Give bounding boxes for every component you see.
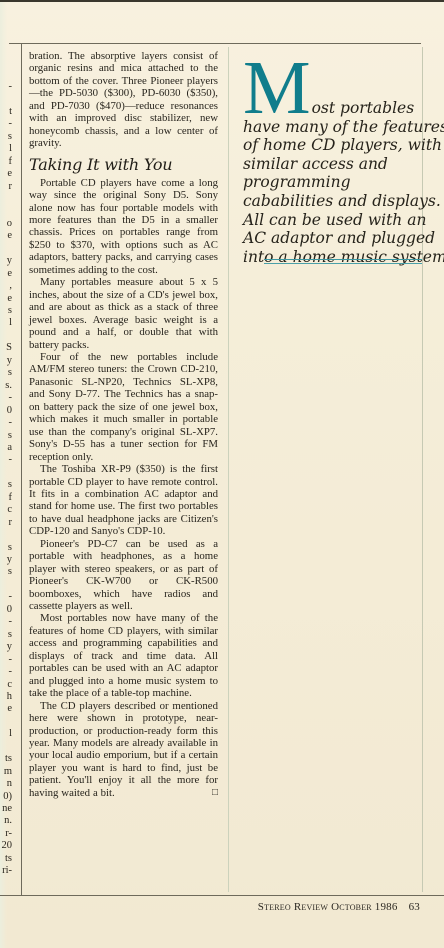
margin-fragment: r bbox=[0, 517, 12, 529]
pull-quote: Most portableshave many of the featureso… bbox=[243, 48, 425, 266]
middle-column-rule bbox=[228, 47, 229, 892]
article-paragraph: Four of the new portables include AM/FM … bbox=[29, 351, 218, 463]
pull-quote-line: similar access and bbox=[243, 155, 425, 174]
margin-fragment: - bbox=[0, 81, 12, 93]
margin-fragment: y bbox=[0, 554, 12, 566]
pull-quote-underline bbox=[264, 259, 422, 264]
left-column-rule bbox=[21, 43, 22, 896]
margin-fragment: - bbox=[0, 616, 12, 628]
margin-fragment: s bbox=[0, 566, 12, 578]
margin-fragment: y bbox=[0, 255, 12, 267]
margin-fragment: f bbox=[0, 156, 12, 168]
pull-quote-line: AC adaptor and plugged bbox=[243, 229, 425, 248]
margin-fragment: f bbox=[0, 492, 12, 504]
margin-fragment: ne bbox=[0, 803, 12, 815]
margin-fragment: n. bbox=[0, 815, 12, 827]
margin-fragment: s. bbox=[0, 380, 12, 392]
margin-fragment: 0 bbox=[0, 604, 12, 616]
magazine-page-scan: -t-slferoeye,eslSyss.-0-sa-sfcrsys-0-sy-… bbox=[0, 0, 444, 948]
margin-fragment: y bbox=[0, 355, 12, 367]
margin-fragment: l bbox=[0, 143, 12, 155]
margin-fragment: t bbox=[0, 106, 12, 118]
article-paragraph: The CD players described or mentioned he… bbox=[29, 700, 218, 800]
article-text-column: bration. The absorptive layers consist o… bbox=[29, 50, 218, 799]
margin-fragment: e bbox=[0, 168, 12, 180]
margin-fragment: - bbox=[0, 591, 12, 603]
margin-fragment: - bbox=[0, 666, 12, 678]
margin-fragment: n bbox=[0, 778, 12, 790]
margin-fragment: s bbox=[0, 479, 12, 491]
margin-fragment: s bbox=[0, 131, 12, 143]
margin-fragment: h bbox=[0, 691, 12, 703]
pull-quote-column: Most portableshave many of the featureso… bbox=[243, 48, 425, 266]
margin-fragment: e bbox=[0, 230, 12, 242]
margin-fragment: - bbox=[0, 454, 12, 466]
margin-fragment: s bbox=[0, 305, 12, 317]
page-top-edge-line bbox=[0, 0, 444, 2]
pull-quote-line: cababilities and displays. bbox=[243, 192, 425, 211]
margin-fragment: ts bbox=[0, 853, 12, 865]
margin-fragment: l bbox=[0, 317, 12, 329]
margin-fragment: , bbox=[0, 280, 12, 292]
margin-fragment: ri- bbox=[0, 865, 12, 877]
margin-fragment: 20 bbox=[0, 840, 12, 852]
margin-fragment: o bbox=[0, 218, 12, 230]
pull-quote-line: programming bbox=[243, 173, 425, 192]
page-number: 63 bbox=[409, 901, 420, 913]
top-horizontal-rule bbox=[9, 43, 421, 44]
margin-fragment: r- bbox=[0, 828, 12, 840]
margin-fragment: 0) bbox=[0, 791, 12, 803]
margin-fragment: - bbox=[0, 392, 12, 404]
article-paragraphs: Portable CD players have come a long way… bbox=[29, 177, 218, 800]
pull-quote-line: of home CD players, with bbox=[243, 136, 425, 155]
pull-quote-line: have many of the features bbox=[243, 118, 425, 137]
article-paragraph: Most portables now have many of the feat… bbox=[29, 612, 218, 699]
margin-fragment: s bbox=[0, 367, 12, 379]
article-paragraph: Many portables measure about 5 x 5 inche… bbox=[29, 276, 218, 351]
margin-fragment: y bbox=[0, 641, 12, 653]
margin-fragment: c bbox=[0, 504, 12, 516]
margin-fragment: a bbox=[0, 442, 12, 454]
margin-fragment: 0 bbox=[0, 405, 12, 417]
margin-fragment: - bbox=[0, 654, 12, 666]
footer-rule bbox=[0, 895, 444, 896]
margin-fragment: r bbox=[0, 181, 12, 193]
margin-fragment: s bbox=[0, 430, 12, 442]
magazine-title-footer: Stereo Review October 1986 bbox=[258, 901, 398, 913]
margin-fragment: m bbox=[0, 766, 12, 778]
margin-fragment: e bbox=[0, 703, 12, 715]
margin-fragment: l bbox=[0, 728, 12, 740]
margin-fragment: e bbox=[0, 268, 12, 280]
article-paragraph: Pioneer's PD-C7 can be used as a portabl… bbox=[29, 538, 218, 613]
end-of-article-mark: □ bbox=[198, 787, 218, 799]
section-heading: Taking It with You bbox=[29, 156, 218, 173]
margin-fragment: s bbox=[0, 629, 12, 641]
margin-fragment: c bbox=[0, 679, 12, 691]
margin-fragment: - bbox=[0, 118, 12, 130]
margin-fragment: s bbox=[0, 542, 12, 554]
pull-quote-line: All can be used with an bbox=[243, 211, 425, 230]
article-paragraph: bration. The absorptive layers consist o… bbox=[29, 50, 218, 150]
article-paragraph: The Toshiba XR-P9 ($350) is the first po… bbox=[29, 463, 218, 538]
page-footer: Stereo Review October 198663 bbox=[258, 901, 420, 914]
article-paragraph: Portable CD players have come a long way… bbox=[29, 177, 218, 277]
pull-quote-line: Most portables bbox=[243, 88, 425, 118]
margin-fragment: - bbox=[0, 417, 12, 429]
margin-fragment: ts bbox=[0, 753, 12, 765]
margin-fragment: S bbox=[0, 342, 12, 354]
margin-fragment: e bbox=[0, 293, 12, 305]
